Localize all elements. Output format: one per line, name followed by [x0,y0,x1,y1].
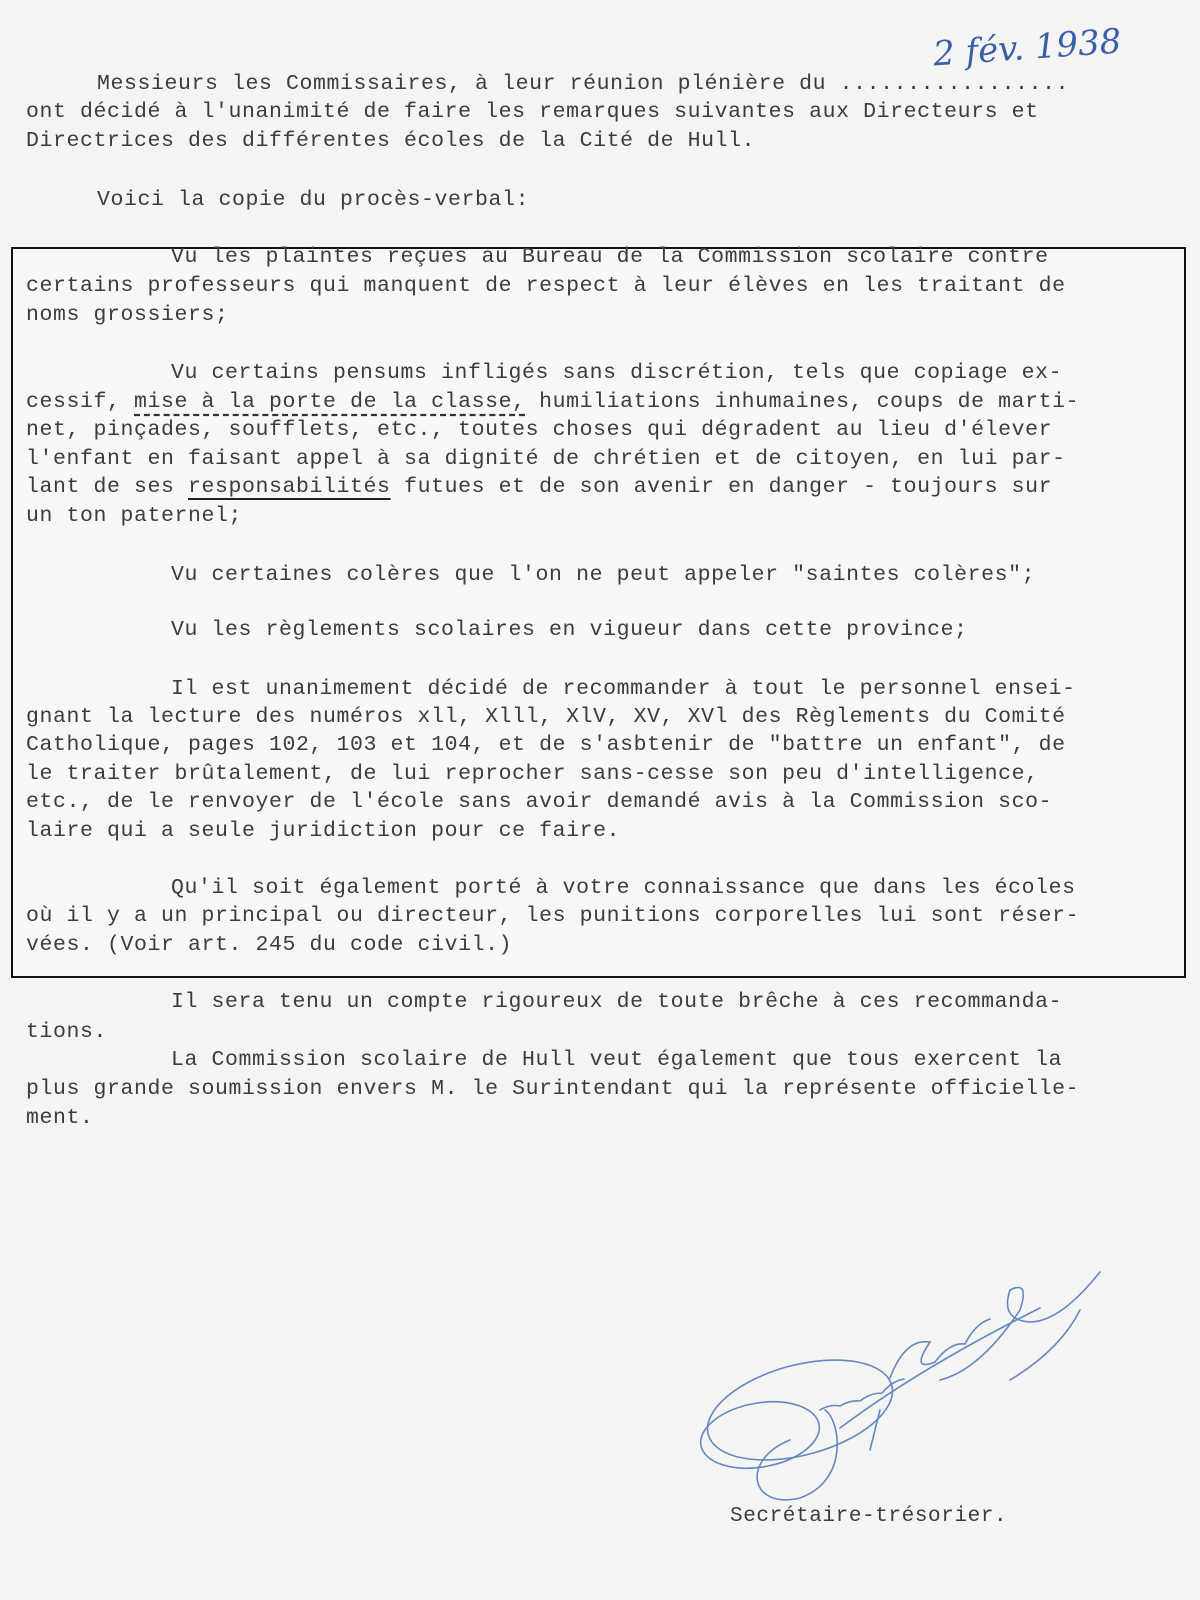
minutes-p2-line: net, pinçades, soufflets, etc., toutes c… [26,416,1052,444]
intro-line-3: Directrices des différentes écoles de la… [26,127,755,155]
minutes-p5-line: laire qui a seule juridiction pour ce fa… [26,817,620,845]
minutes-p5-line: etc., de le renvoyer de l'école sans avo… [26,788,1052,816]
closing-line: ment. [26,1104,94,1132]
closing-line: plus grande soumission envers M. le Suri… [26,1075,1079,1103]
dashed-underlined-text: mise à la porte de la classe, [134,390,526,414]
minutes-p1-line: Vu les plaintes reçues au Bureau de la C… [171,243,1049,271]
minutes-p5-line: gnant la lecture des numéros xll, Xlll, … [26,703,1066,731]
minutes-p2-line: un ton paternel; [26,502,242,530]
copy-intro: Voici la copie du procès-verbal: [97,186,529,214]
closing-line: Il sera tenu un compte rigoureux de tout… [171,988,1062,1016]
minutes-p2-line: Vu certains pensums infligés sans discré… [171,359,1062,387]
text-segment: lant de ses [26,475,188,499]
minutes-p1-line: noms grossiers; [26,301,229,329]
minutes-p2-line: lant de ses responsabilités futues et de… [26,473,1052,501]
minutes-p5-line: le traiter brûtalement, de lui reprocher… [26,760,1039,788]
minutes-p6-line: Qu'il soit également porté à votre conna… [171,874,1076,902]
minutes-box [11,247,1186,978]
minutes-p5-line: Il est unanimement décidé de recommander… [171,675,1076,703]
text-segment: humiliations inhumaines, coups de marti- [526,390,1080,414]
minutes-p4: Vu les règlements scolaires en vigueur d… [171,616,968,644]
text-segment: futues et de son avenir en danger - touj… [391,475,1053,499]
minutes-p6-line: où il y a un principal ou directeur, les… [26,902,1079,930]
minutes-p1-line: certains professeurs qui manquent de res… [26,272,1066,300]
signature-title: Secrétaire-trésorier. [730,1503,1007,1531]
text-segment: cessif, [26,390,134,414]
underlined-text: responsabilités [188,475,391,499]
minutes-p5-line: Catholique, pages 102, 103 et 104, et de… [26,731,1066,759]
handwritten-date: 2 fév. 1938 [932,21,1123,74]
intro-line-1: Messieurs les Commissaires, à leur réuni… [97,70,1069,98]
closing-line: tions. [26,1018,107,1046]
minutes-p2-line: cessif, mise à la porte de la classe, hu… [26,388,1079,416]
handwritten-signature [680,1260,1150,1520]
intro-line-2: ont décidé à l'unanimité de faire les re… [26,98,1039,126]
minutes-p2-line: l'enfant en faisant appel à sa dignité d… [26,445,1066,473]
minutes-p3: Vu certaines colères que l'on ne peut ap… [171,561,1035,589]
closing-line: La Commission scolaire de Hull veut égal… [171,1046,1062,1074]
minutes-p6-line: vées. (Voir art. 245 du code civil.) [26,931,512,959]
